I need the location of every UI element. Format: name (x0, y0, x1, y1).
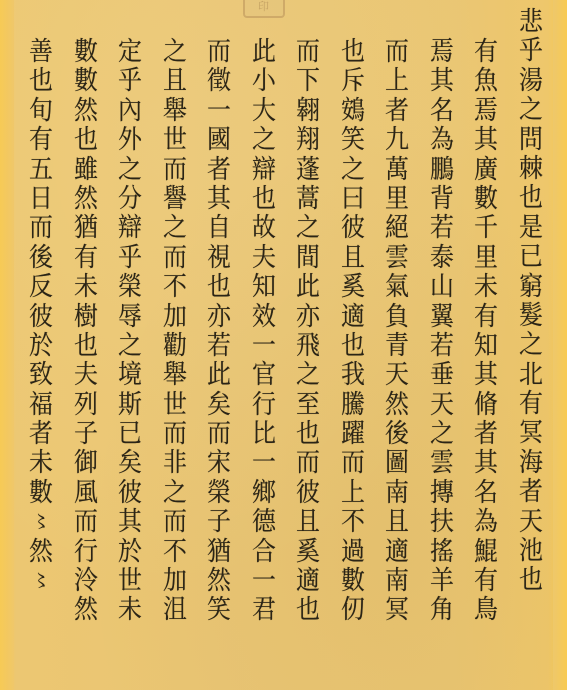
glyph: 髮 (519, 302, 543, 331)
glyph: 而 (29, 214, 53, 243)
glyph: 數 (74, 38, 98, 67)
glyph: 焉 (430, 38, 454, 67)
glyph: 者 (474, 420, 498, 449)
page-right-margin (553, 0, 567, 690)
glyph: 比 (252, 420, 276, 449)
glyph: 也 (207, 273, 231, 302)
glyph: 舉 (163, 97, 187, 126)
glyph: 過 (341, 538, 365, 567)
glyph: 天 (385, 361, 409, 390)
glyph: 然 (74, 596, 98, 625)
glyph: 數 (341, 567, 365, 596)
glyph: 其 (474, 449, 498, 478)
glyph: 南 (385, 567, 409, 596)
glyph: 其 (474, 126, 498, 155)
glyph: 知 (252, 273, 276, 302)
glyph: 善 (29, 38, 53, 67)
glyph: 也 (519, 566, 543, 595)
glyph: 鯤 (474, 538, 498, 567)
glyph: 有 (474, 38, 498, 67)
glyph: 其 (430, 67, 454, 96)
glyph: 我 (341, 361, 365, 390)
glyph: 之 (519, 96, 543, 125)
glyph: 雖 (74, 156, 98, 185)
glyph: 五 (29, 156, 53, 185)
text-column-7: 此小大之辯也故夫知效一官行比一鄉德合一君 (242, 0, 287, 690)
glyph: 角 (430, 596, 454, 625)
manuscript-page: 印 悲乎湯之問棘也是已窮髮之北有冥海者天池也有魚焉其廣數千里未有知其脩者其名為鯤… (0, 0, 567, 690)
glyph: 圖 (385, 449, 409, 478)
glyph: 問 (519, 126, 543, 155)
glyph: 南 (385, 479, 409, 508)
text-column-1: 悲乎湯之問棘也是已窮髮之北有冥海者天池也 (509, 0, 554, 690)
glyph: 亦 (207, 303, 231, 332)
glyph: 之 (118, 332, 142, 361)
glyph: 之 (252, 126, 276, 155)
glyph: 已 (519, 243, 543, 272)
glyph: 乎 (519, 37, 543, 66)
glyph: 夫 (74, 361, 98, 390)
glyph: 而 (341, 449, 365, 478)
glyph: 境 (118, 361, 142, 390)
glyph: 後 (29, 244, 53, 273)
text-column-4: 而上者九萬里絕雲氣負青天然後圖南且適南冥 (375, 0, 420, 690)
glyph: 合 (252, 538, 276, 567)
glyph: 〻 (33, 567, 50, 596)
glyph: 效 (252, 303, 276, 332)
glyph: 千 (474, 214, 498, 243)
glyph: 福 (29, 391, 53, 420)
glyph: 曰 (341, 185, 365, 214)
glyph: 奚 (341, 273, 365, 302)
glyph: 翱 (296, 97, 320, 126)
text-column-8: 而徵一國者其自視也亦若此矣而宋榮子猶然笑 (197, 0, 242, 690)
glyph: 反 (29, 273, 53, 302)
glyph: 宋 (207, 449, 231, 478)
glyph: 有 (474, 303, 498, 332)
glyph: 青 (385, 332, 409, 361)
glyph: 此 (207, 361, 231, 390)
glyph: 仞 (341, 596, 365, 625)
glyph: 之 (341, 156, 365, 185)
glyph: 而 (163, 508, 187, 537)
glyph: 自 (207, 214, 231, 243)
glyph: 也 (296, 420, 320, 449)
glyph: 列 (74, 391, 98, 420)
glyph: 斥 (341, 67, 365, 96)
glyph: 已 (118, 420, 142, 449)
glyph: 是 (519, 214, 543, 243)
glyph: 數 (74, 67, 98, 96)
glyph: 蓬 (296, 156, 320, 185)
glyph: 天 (519, 508, 543, 537)
glyph: 辯 (252, 156, 276, 185)
page-left-margin (0, 0, 14, 690)
glyph: 矣 (118, 449, 142, 478)
glyph: 樹 (74, 303, 98, 332)
glyph: 搖 (430, 538, 454, 567)
glyph: 窮 (519, 273, 543, 302)
glyph: 然 (74, 185, 98, 214)
glyph: 彼 (29, 303, 53, 332)
glyph: 之 (118, 156, 142, 185)
glyph: 而 (163, 244, 187, 273)
glyph: 夫 (252, 244, 276, 273)
glyph: 乎 (118, 244, 142, 273)
glyph: 而 (163, 156, 187, 185)
glyph: 榮 (118, 273, 142, 302)
glyph: 羊 (430, 567, 454, 596)
glyph: 蒿 (296, 185, 320, 214)
glyph: 辯 (118, 214, 142, 243)
text-columns: 悲乎湯之問棘也是已窮髮之北有冥海者天池也有魚焉其廣數千里未有知其脩者其名為鯤有鳥… (19, 0, 553, 690)
glyph: 彼 (341, 214, 365, 243)
glyph: 且 (385, 508, 409, 537)
glyph: 上 (385, 67, 409, 96)
glyph: 外 (118, 126, 142, 155)
glyph: 君 (252, 596, 276, 625)
glyph: 而 (207, 38, 231, 67)
glyph: 之 (163, 214, 187, 243)
glyph: 鵬 (430, 156, 454, 185)
glyph: 有 (519, 390, 543, 419)
glyph: 後 (385, 420, 409, 449)
glyph: 名 (430, 97, 454, 126)
glyph: 上 (341, 479, 365, 508)
glyph: 脩 (474, 391, 498, 420)
glyph: 然 (29, 538, 53, 567)
glyph: 北 (519, 361, 543, 390)
glyph: 於 (29, 332, 53, 361)
glyph: 笑 (207, 596, 231, 625)
glyph: 若 (430, 332, 454, 361)
glyph: 而 (296, 38, 320, 67)
glyph: 適 (296, 567, 320, 596)
glyph: 池 (519, 537, 543, 566)
text-column-12: 善也旬有五日而後反彼於致福者未數〻然〻 (19, 0, 64, 690)
glyph: 也 (74, 332, 98, 361)
glyph: 猶 (207, 538, 231, 567)
glyph: 小 (252, 67, 276, 96)
glyph: 加 (163, 303, 187, 332)
glyph: 然 (207, 567, 231, 596)
glyph: 而 (207, 420, 231, 449)
glyph: 之 (163, 38, 187, 67)
glyph: 彼 (118, 479, 142, 508)
glyph: 泠 (74, 567, 98, 596)
glyph: 海 (519, 449, 543, 478)
glyph: 國 (207, 126, 231, 155)
text-column-10: 定乎內外之分辯乎榮辱之境斯已矣彼其於世未 (108, 0, 153, 690)
glyph: 徵 (207, 67, 231, 96)
glyph: 沮 (163, 596, 187, 625)
text-column-3: 焉其名為鵬背若泰山翼若垂天之雲摶扶搖羊角 (420, 0, 465, 690)
glyph: 非 (163, 449, 187, 478)
glyph: 若 (207, 332, 231, 361)
glyph: 之 (430, 420, 454, 449)
glyph: 亦 (296, 303, 320, 332)
glyph: 日 (29, 185, 53, 214)
glyph: 斯 (118, 391, 142, 420)
glyph: 大 (252, 97, 276, 126)
glyph: 一 (252, 332, 276, 361)
glyph: 天 (430, 391, 454, 420)
glyph: 故 (252, 214, 276, 243)
glyph: 垂 (430, 361, 454, 390)
text-column-5: 也斥鴳笑之曰彼且奚適也我騰躍而上不過數仞 (331, 0, 376, 690)
glyph: 適 (385, 538, 409, 567)
glyph: 鄉 (252, 479, 276, 508)
glyph: 有 (474, 567, 498, 596)
glyph: 也 (341, 332, 365, 361)
glyph: 九 (385, 126, 409, 155)
glyph: 絕 (385, 214, 409, 243)
glyph: 焉 (474, 97, 498, 126)
glyph: 山 (430, 273, 454, 302)
glyph: 舉 (163, 361, 187, 390)
glyph: 里 (474, 244, 498, 273)
glyph: 也 (519, 184, 543, 213)
glyph: 世 (163, 126, 187, 155)
glyph: 騰 (341, 391, 365, 420)
glyph: 下 (296, 67, 320, 96)
glyph: 萬 (385, 156, 409, 185)
text-column-9: 之且舉世而譽之而不加勸舉世而非之而不加沮 (153, 0, 198, 690)
glyph: 旬 (29, 97, 53, 126)
glyph: 也 (29, 67, 53, 96)
glyph: 之 (296, 361, 320, 390)
glyph: 飛 (296, 332, 320, 361)
glyph: 數 (474, 185, 498, 214)
glyph: 風 (74, 479, 98, 508)
glyph: 未 (474, 273, 498, 302)
glyph: 且 (341, 244, 365, 273)
glyph: 乎 (118, 67, 142, 96)
glyph: 翔 (296, 126, 320, 155)
glyph: 定 (118, 38, 142, 67)
glyph: 知 (474, 332, 498, 361)
glyph: 若 (430, 214, 454, 243)
glyph: 御 (74, 449, 98, 478)
glyph: 分 (118, 185, 142, 214)
glyph: 此 (252, 38, 276, 67)
glyph: 一 (252, 567, 276, 596)
glyph: 摶 (430, 479, 454, 508)
glyph: 辱 (118, 303, 142, 332)
glyph: 未 (118, 596, 142, 625)
glyph: 為 (430, 126, 454, 155)
glyph: 未 (29, 449, 53, 478)
glyph: 棘 (519, 155, 543, 184)
glyph: 行 (252, 391, 276, 420)
glyph: 世 (163, 391, 187, 420)
glyph: 名 (474, 479, 498, 508)
glyph: 適 (341, 303, 365, 332)
glyph: 也 (252, 185, 276, 214)
glyph: 彼 (296, 479, 320, 508)
glyph: 不 (163, 538, 187, 567)
glyph: 之 (519, 331, 543, 360)
glyph: 也 (341, 38, 365, 67)
glyph: 〻 (33, 508, 50, 537)
glyph: 湯 (519, 67, 543, 96)
glyph: 德 (252, 508, 276, 537)
glyph: 矣 (207, 391, 231, 420)
glyph: 一 (207, 97, 231, 126)
glyph: 泰 (430, 244, 454, 273)
glyph: 世 (118, 567, 142, 596)
glyph: 然 (74, 97, 98, 126)
glyph: 氣 (385, 273, 409, 302)
glyph: 而 (385, 38, 409, 67)
glyph: 譽 (163, 185, 187, 214)
text-column-11: 數數然也雖然猶有未樹也夫列子御風而行泠然 (64, 0, 109, 690)
glyph: 內 (118, 97, 142, 126)
glyph: 視 (207, 244, 231, 273)
glyph: 有 (74, 244, 98, 273)
glyph: 冥 (519, 419, 543, 448)
glyph: 雲 (385, 244, 409, 273)
glyph: 者 (207, 156, 231, 185)
glyph: 間 (296, 244, 320, 273)
glyph: 然 (385, 391, 409, 420)
glyph: 鴳 (341, 97, 365, 126)
glyph: 翼 (430, 303, 454, 332)
glyph: 者 (519, 478, 543, 507)
glyph: 扶 (430, 508, 454, 537)
glyph: 一 (252, 449, 276, 478)
glyph: 也 (296, 596, 320, 625)
glyph: 且 (163, 67, 187, 96)
glyph: 行 (74, 538, 98, 567)
glyph: 子 (207, 508, 231, 537)
glyph: 也 (74, 126, 98, 155)
glyph: 之 (296, 214, 320, 243)
glyph: 里 (385, 185, 409, 214)
glyph: 背 (430, 185, 454, 214)
glyph: 悲 (519, 8, 543, 37)
glyph: 冥 (385, 596, 409, 625)
glyph: 奚 (296, 538, 320, 567)
glyph: 不 (163, 273, 187, 302)
glyph: 鳥 (474, 596, 498, 625)
glyph: 而 (74, 508, 98, 537)
glyph: 而 (163, 420, 187, 449)
glyph: 此 (296, 273, 320, 302)
glyph: 且 (296, 508, 320, 537)
glyph: 勸 (163, 332, 187, 361)
glyph: 不 (341, 508, 365, 537)
text-column-2: 有魚焉其廣數千里未有知其脩者其名為鯤有鳥 (464, 0, 509, 690)
glyph: 其 (118, 508, 142, 537)
glyph: 其 (474, 361, 498, 390)
glyph: 子 (74, 420, 98, 449)
glyph: 至 (296, 391, 320, 420)
glyph: 雲 (430, 449, 454, 478)
glyph: 數 (29, 479, 53, 508)
glyph: 者 (385, 97, 409, 126)
glyph: 致 (29, 361, 53, 390)
glyph: 榮 (207, 479, 231, 508)
glyph: 猶 (74, 214, 98, 243)
glyph: 有 (29, 126, 53, 155)
glyph: 廣 (474, 156, 498, 185)
glyph: 魚 (474, 67, 498, 96)
glyph: 而 (296, 449, 320, 478)
glyph: 於 (118, 538, 142, 567)
glyph: 其 (207, 185, 231, 214)
glyph: 未 (74, 273, 98, 302)
glyph: 躍 (341, 420, 365, 449)
glyph: 笑 (341, 126, 365, 155)
glyph: 之 (163, 479, 187, 508)
glyph: 官 (252, 361, 276, 390)
glyph: 為 (474, 508, 498, 537)
glyph: 者 (29, 420, 53, 449)
text-column-6: 而下翱翔蓬蒿之間此亦飛之至也而彼且奚適也 (286, 0, 331, 690)
glyph: 加 (163, 567, 187, 596)
glyph: 負 (385, 303, 409, 332)
